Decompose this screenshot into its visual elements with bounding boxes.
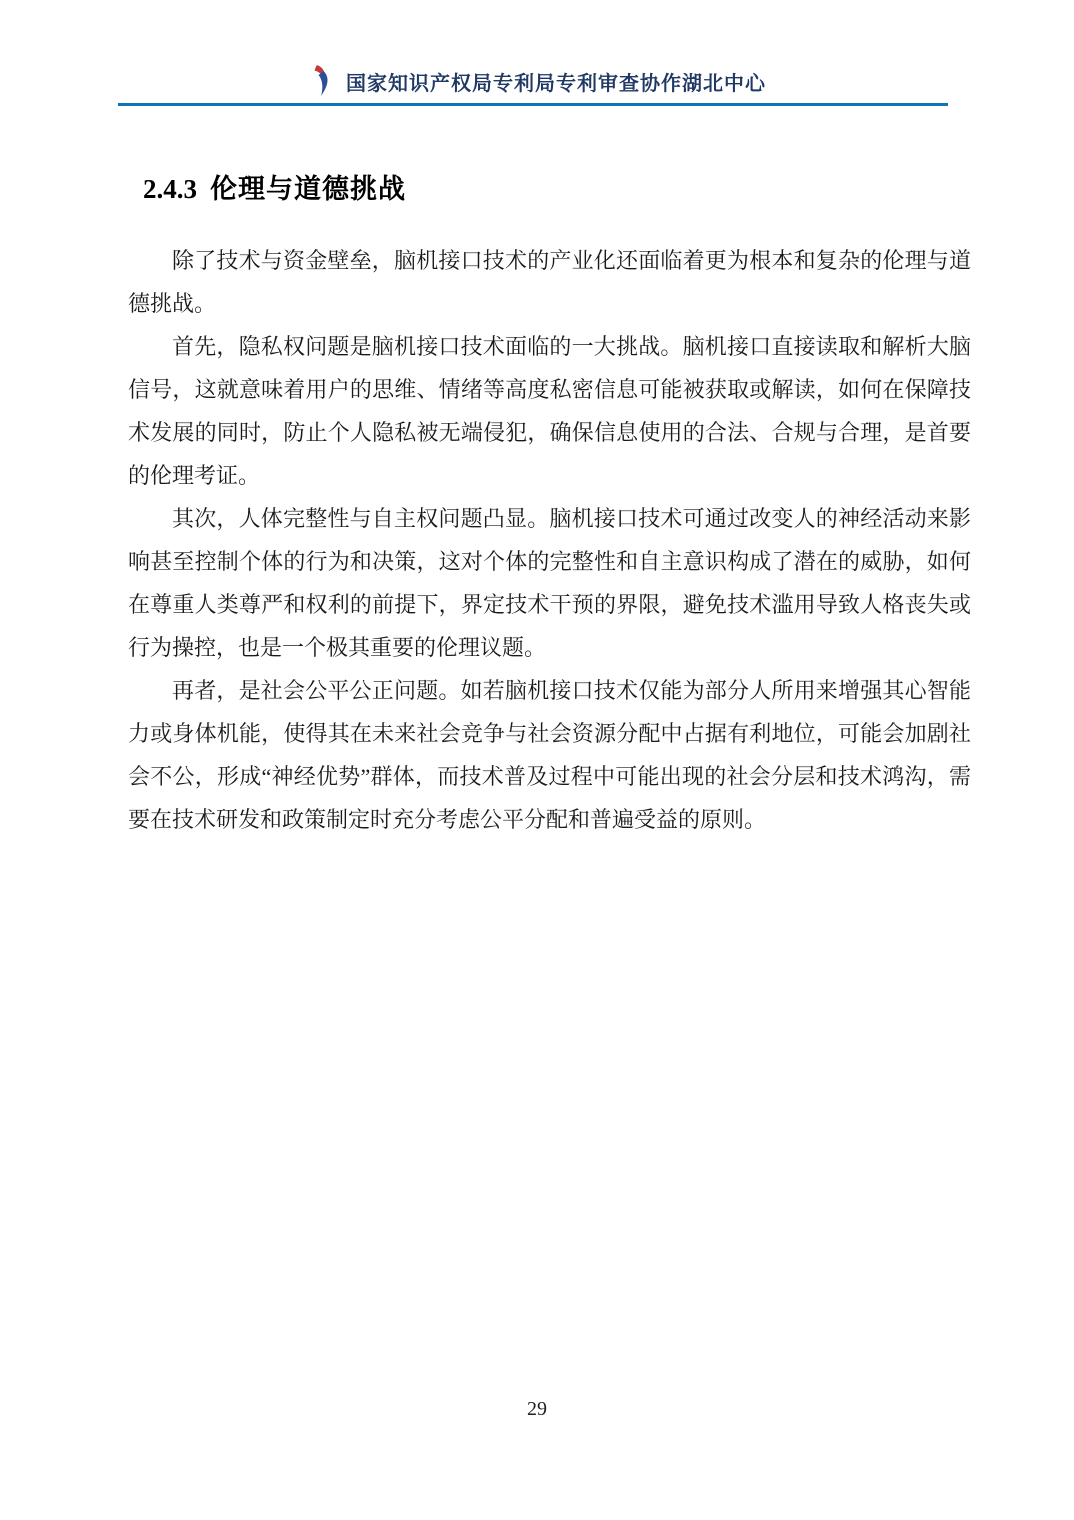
page-header: 国家知识产权局专利局专利审查协作湖北中心 (0, 64, 1074, 98)
section-heading: 2.4.3伦理与道德挑战 (143, 167, 406, 206)
body-text: 除了技术与资金壁垒，脑机接口技术的产业化还面临着更为根本和复杂的伦理与道德挑战。… (128, 239, 971, 841)
body-paragraph: 除了技术与资金壁垒，脑机接口技术的产业化还面临着更为根本和复杂的伦理与道德挑战。 (128, 239, 971, 325)
sipo-swoosh-logo-icon (308, 64, 332, 98)
section-number: 2.4.3 (143, 174, 197, 204)
page-number: 29 (0, 1398, 1074, 1421)
body-paragraph: 再者，是社会公平公正问题。如若脑机接口技术仅能为部分人所用来增强其心智能力或身体… (128, 669, 971, 841)
body-paragraph: 其次，人体完整性与自主权问题凸显。脑机接口技术可通过改变人的神经活动来影响甚至控… (128, 497, 971, 669)
section-title: 伦理与道德挑战 (210, 174, 406, 204)
document-page: 国家知识产权局专利局专利审查协作湖北中心 2.4.3伦理与道德挑战 除了技术与资… (0, 0, 1074, 1520)
header-divider-rule (118, 103, 948, 106)
body-paragraph: 首先，隐私权问题是脑机接口技术面临的一大挑战。脑机接口直接读取和解析大脑信号，这… (128, 325, 971, 497)
header-org-name: 国家知识产权局专利局专利审查协作湖北中心 (346, 67, 766, 96)
